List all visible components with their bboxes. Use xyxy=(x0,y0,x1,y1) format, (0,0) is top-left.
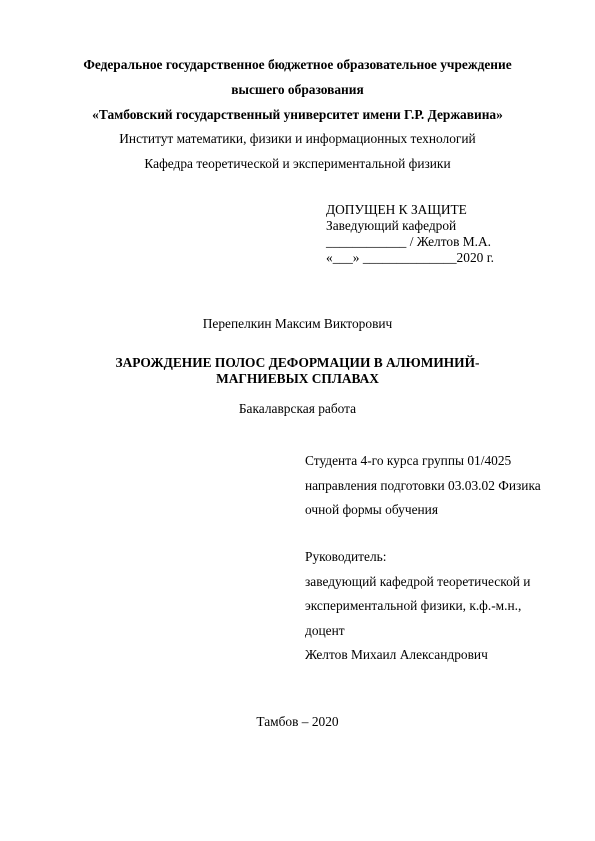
author-name: Перепелкин Максим Викторович xyxy=(0,316,595,332)
thesis-title-line-2: МАГНИЕВЫХ СПЛАВАХ xyxy=(0,371,595,387)
approval-block: ДОПУЩЕН К ЗАЩИТЕ Заведующий кафедрой ___… xyxy=(326,202,494,266)
header-line-1: Федеральное государственное бюджетное об… xyxy=(0,57,595,73)
university-name: «Тамбовский государственный университет … xyxy=(0,107,595,123)
student-info-line: Студента 4-го курса группы 01/4025 xyxy=(305,449,541,474)
department-name: Кафедра теоретической и экспериментально… xyxy=(0,156,595,172)
city-year: Тамбов – 2020 xyxy=(0,714,595,730)
supervisor-name: Желтов Михаил Александрович xyxy=(305,643,530,668)
supervisor-block: Руководитель: заведующий кафедрой теорет… xyxy=(305,545,530,668)
supervisor-label: Руководитель: xyxy=(305,545,530,570)
header-line-2: высшего образования xyxy=(0,82,595,98)
student-info-line: очной формы обучения xyxy=(305,498,541,523)
student-info: Студента 4-го курса группы 01/4025 напра… xyxy=(305,449,541,523)
approval-signature: ____________ / Желтов М.А. xyxy=(326,234,494,250)
work-type: Бакалаврская работа xyxy=(0,401,595,417)
supervisor-line: доцент xyxy=(305,619,530,644)
student-info-line: направления подготовки 03.03.02 Физика xyxy=(305,474,541,499)
approval-role: Заведующий кафедрой xyxy=(326,218,494,234)
supervisor-line: экспериментальной физики, к.ф.-м.н., xyxy=(305,594,530,619)
institute-name: Институт математики, физики и информацио… xyxy=(0,131,595,147)
supervisor-line: заведующий кафедрой теоретической и xyxy=(305,570,530,595)
approval-title: ДОПУЩЕН К ЗАЩИТЕ xyxy=(326,202,494,218)
thesis-title-line-1: ЗАРОЖДЕНИЕ ПОЛОС ДЕФОРМАЦИИ В АЛЮМИНИЙ- xyxy=(0,355,595,371)
approval-date: «___» ______________2020 г. xyxy=(326,250,494,266)
